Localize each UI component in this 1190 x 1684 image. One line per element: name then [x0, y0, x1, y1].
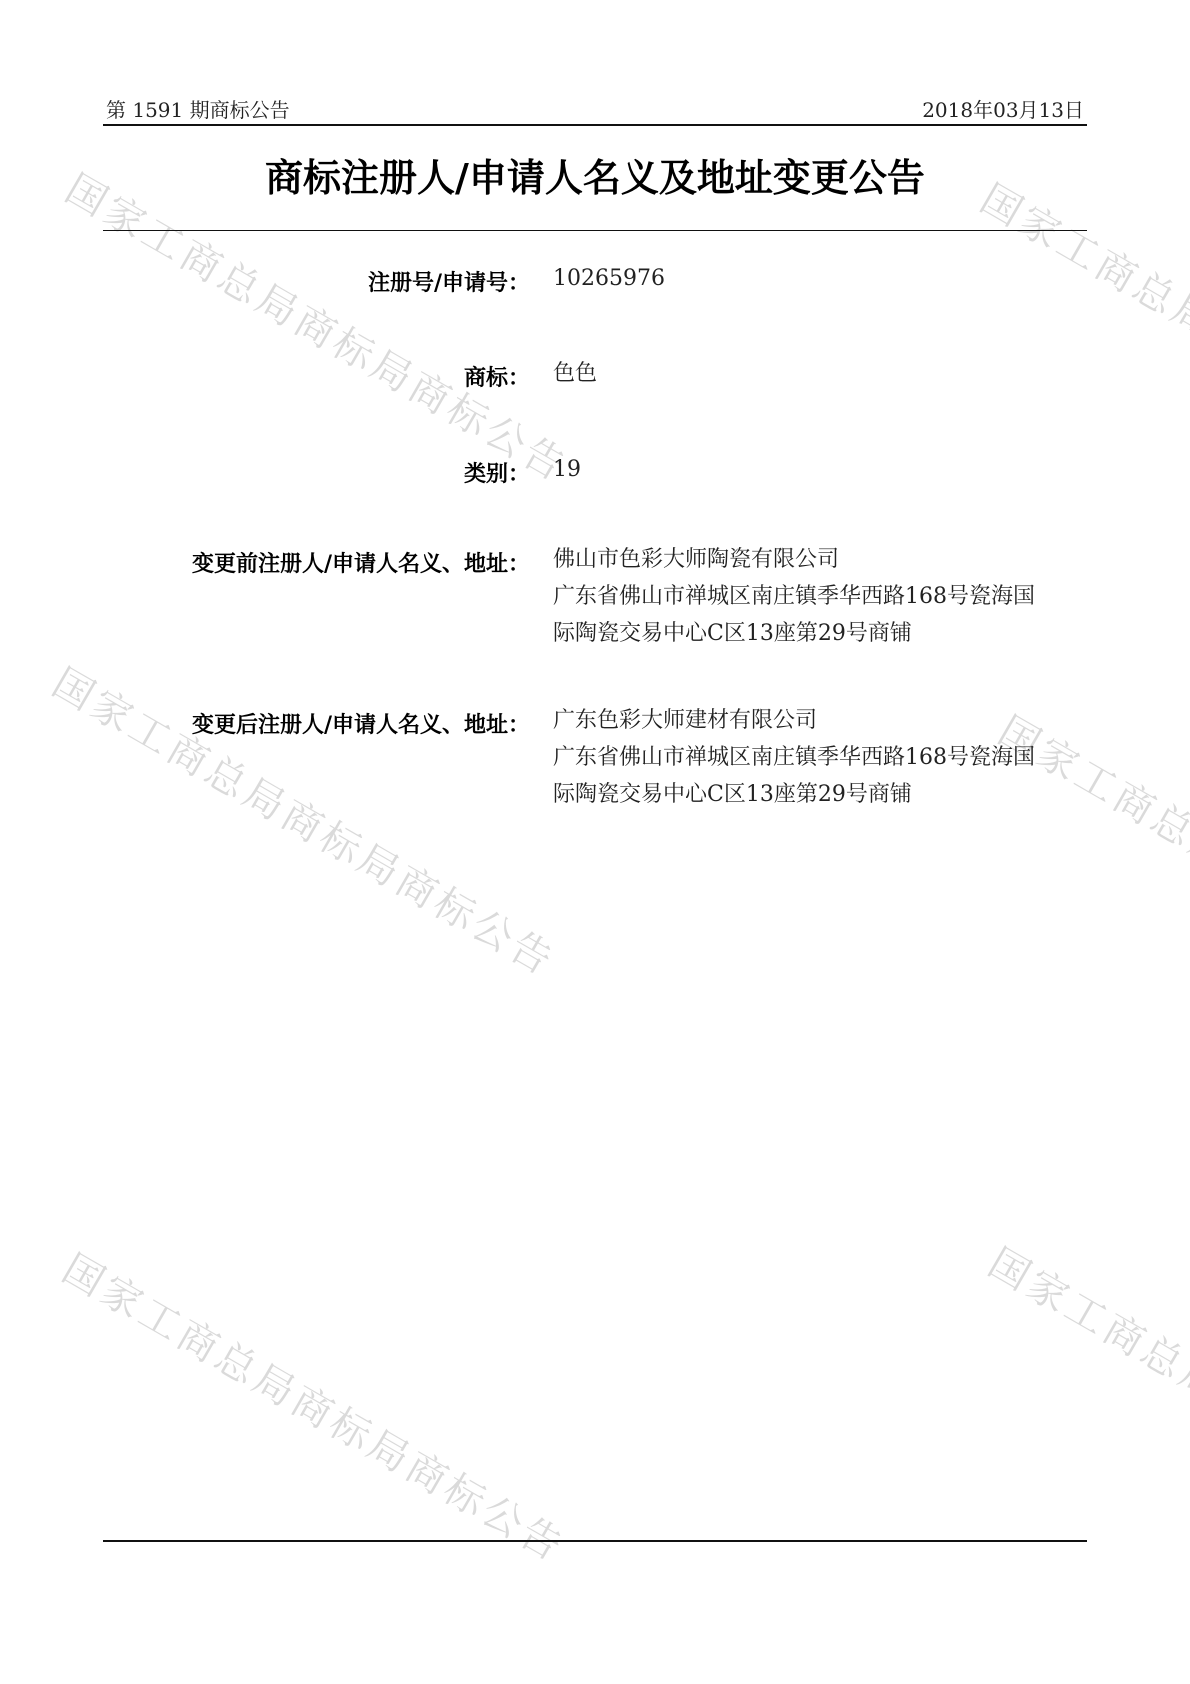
- watermark: 国家工商总局商标局商标公告: [44, 652, 568, 987]
- after-name: 广东色彩大师建材有限公司: [553, 702, 1035, 739]
- field-label: 变更后注册人/申请人名义、地址：: [192, 708, 530, 739]
- before-address-line-1: 广东省佛山市禅城区南庄镇季华西路168号瓷海国: [553, 578, 1035, 615]
- after-address-line-2: 际陶瓷交易中心C区13座第29号商铺: [553, 776, 1035, 813]
- reg-no-value: 10265976: [553, 260, 665, 297]
- before-name: 佛山市色彩大师陶瓷有限公司: [553, 541, 1035, 578]
- page-title: 商标注册人/申请人名义及地址变更公告: [0, 147, 1190, 202]
- trademark-value: 色色: [553, 355, 597, 392]
- class-value: 19: [553, 451, 581, 488]
- field-value: 19: [553, 451, 581, 488]
- watermark: 国家工商总局商标局商标公告: [54, 1238, 578, 1573]
- field-label: 类别：: [464, 457, 530, 488]
- field-value: 佛山市色彩大师陶瓷有限公司 广东省佛山市禅城区南庄镇季华西路168号瓷海国 际陶…: [553, 541, 1035, 652]
- title-divider: [103, 230, 1087, 231]
- field-label: 变更前注册人/申请人名义、地址：: [192, 547, 530, 578]
- field-label: 商标：: [464, 361, 530, 392]
- field-value: 色色: [553, 355, 597, 392]
- watermark: 国家工商总局商标局商标公告: [980, 1232, 1190, 1567]
- page-header: 第 1591 期商标公告 2018年03月13日: [103, 88, 1087, 126]
- footer-divider: [103, 1540, 1087, 1542]
- issue-number: 第 1591 期商标公告: [106, 94, 290, 123]
- field-label: 注册号/申请号：: [368, 266, 530, 297]
- issue-date: 2018年03月13日: [922, 94, 1084, 123]
- after-address-line-1: 广东省佛山市禅城区南庄镇季华西路168号瓷海国: [553, 739, 1035, 776]
- before-address-line-2: 际陶瓷交易中心C区13座第29号商铺: [553, 615, 1035, 652]
- watermark: 国家工商总局商标局商标公告: [57, 158, 581, 493]
- field-value: 10265976: [553, 260, 665, 297]
- watermark: 国家工商总局商标局商标公告: [972, 168, 1190, 503]
- field-value: 广东色彩大师建材有限公司 广东省佛山市禅城区南庄镇季华西路168号瓷海国 际陶瓷…: [553, 702, 1035, 813]
